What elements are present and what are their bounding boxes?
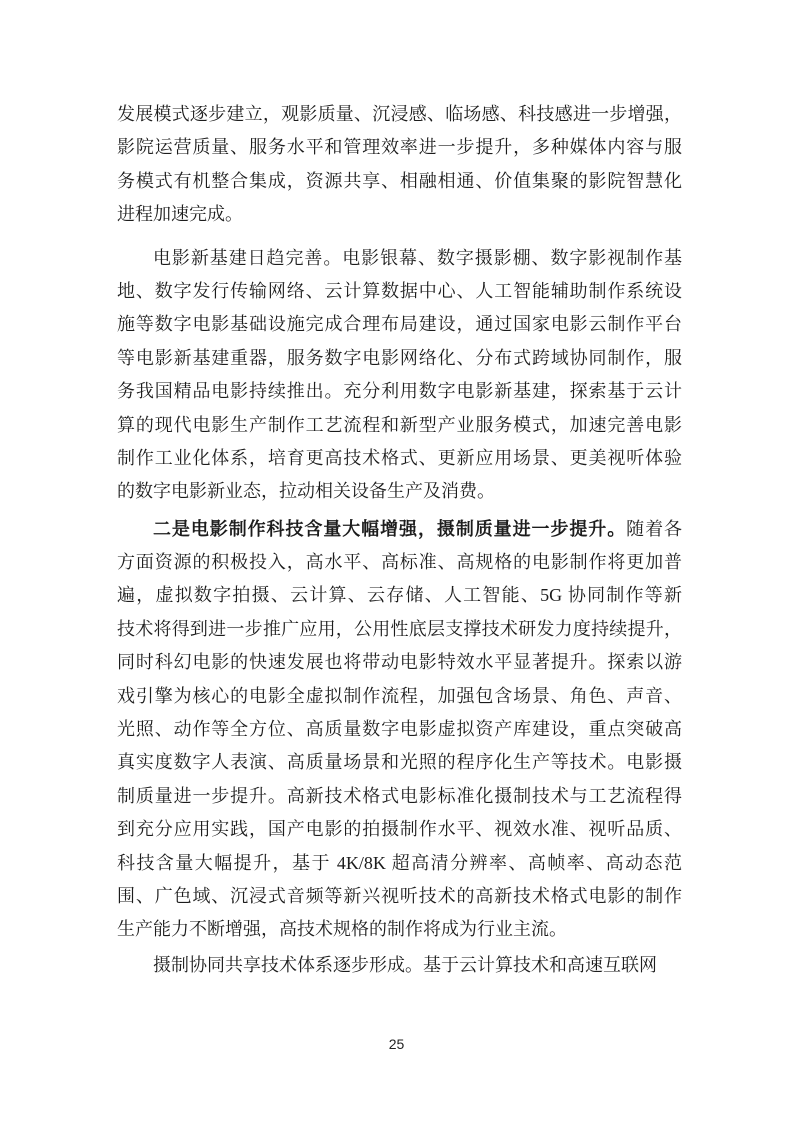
text-line: 进程加速完成。 <box>117 198 682 231</box>
body-text: 真实度数字人表演、高质量场景和光照的程序化生产等技术。电影摄 <box>117 752 682 772</box>
text-line: 算的现代电影生产制作工艺流程和新型产业服务模式，加速完善电影 <box>117 409 682 442</box>
page-number: 25 <box>0 1036 793 1052</box>
body-text: 的数字电影新业态，拉动相关设备生产及消费。 <box>117 481 495 501</box>
body-text: 发展模式逐步建立，观影质量、沉浸感、临场感、科技感进一步增强， <box>117 104 682 124</box>
text-line: 科技含量大幅提升，基于 4K/8K 超高清分辨率、高帧率、高动态范 <box>117 847 682 880</box>
text-line: 发展模式逐步建立，观影质量、沉浸感、临场感、科技感进一步增强， <box>117 98 682 131</box>
paragraph: 电影新基建日趋完善。电影银幕、数字摄影棚、数字影视制作基地、数字发行传输网络、云… <box>117 242 682 509</box>
text-line: 地、数字发行传输网络、云计算数据中心、人工智能辅助制作系统设 <box>117 275 682 308</box>
body-text: 地、数字发行传输网络、云计算数据中心、人工智能辅助制作系统设 <box>117 281 682 301</box>
text-line: 等电影新基建重器，服务数字电影网络化、分布式跨域协同制作，服 <box>117 342 682 375</box>
paragraph: 发展模式逐步建立，观影质量、沉浸感、临场感、科技感进一步增强，影院运营质量、服务… <box>117 98 682 232</box>
body-text: 戏引擎为核心的电影全虚拟制作流程，加强包含场景、角色、声音、 <box>117 686 682 706</box>
body-text: 施等数字电影基础设施完成合理布局建设，通过国家电影云制作平台 <box>117 314 682 334</box>
bold-lead-text: 二是电影制作科技含量大幅增强，摄制质量进一步提升。 <box>153 519 626 539</box>
text-line: 真实度数字人表演、高质量场景和光照的程序化生产等技术。电影摄 <box>117 746 682 779</box>
body-text: 务模式有机整合集成，资源共享、相融相通、价值集聚的影院智慧化 <box>117 171 682 191</box>
text-line: 施等数字电影基础设施完成合理布局建设，通过国家电影云制作平台 <box>117 308 682 341</box>
text-line: 技术将得到进一步推广应用，公用性底层支撑技术研发力度持续提升， <box>117 613 682 646</box>
text-line: 的数字电影新业态，拉动相关设备生产及消费。 <box>117 475 682 508</box>
text-line: 生产能力不断增强，高技术规格的制作将成为行业主流。 <box>117 913 682 946</box>
text-line: 电影新基建日趋完善。电影银幕、数字摄影棚、数字影视制作基 <box>117 242 682 275</box>
text-line: 务我国精品电影持续推出。充分利用数字电影新基建，探索基于云计 <box>117 375 682 408</box>
paragraph: 二是电影制作科技含量大幅增强，摄制质量进一步提升。随着各方面资源的积极投入，高水… <box>117 513 682 947</box>
body-text: 电影新基建日趋完善。电影银幕、数字摄影棚、数字影视制作基 <box>153 248 682 268</box>
body-text: 到充分应用实践，国产电影的拍摄制作水平、视效水准、视听品质、 <box>117 819 682 839</box>
body-text: 同时科幻电影的快速发展也将带动电影特效水平显著提升。探索以游 <box>117 652 682 672</box>
text-line: 二是电影制作科技含量大幅增强，摄制质量进一步提升。随着各 <box>117 513 682 546</box>
text-line: 摄制协同共享技术体系逐步形成。基于云计算技术和高速互联网 <box>117 949 682 982</box>
text-line: 遍，虚拟数字拍摄、云计算、云存储、人工智能、5G 协同制作等新 <box>117 579 682 612</box>
body-text: 科技含量大幅提升，基于 4K/8K 超高清分辨率、高帧率、高动态范 <box>117 853 682 873</box>
body-text: 生产能力不断增强，高技术规格的制作将成为行业主流。 <box>117 919 567 939</box>
body-text: 制质量进一步提升。高新技术格式电影标准化摄制技术与工艺流程得 <box>117 786 682 806</box>
text-line: 方面资源的积极投入，高水平、高标准、高规格的电影制作将更加普 <box>117 546 682 579</box>
text-line: 光照、动作等全方位、高质量数字电影虚拟资产库建设，重点突破高 <box>117 713 682 746</box>
text-line: 同时科幻电影的快速发展也将带动电影特效水平显著提升。探索以游 <box>117 646 682 679</box>
body-text: 进程加速完成。 <box>117 204 243 224</box>
text-line: 制作工业化体系，培育更高技术格式、更新应用场景、更美视听体验 <box>117 442 682 475</box>
paragraph: 摄制协同共享技术体系逐步形成。基于云计算技术和高速互联网 <box>117 949 682 982</box>
body-text: 随着各 <box>626 519 682 539</box>
body-text: 技术将得到进一步推广应用，公用性底层支撑技术研发力度持续提升， <box>117 619 682 639</box>
body-text: 方面资源的积极投入，高水平、高标准、高规格的电影制作将更加普 <box>117 552 682 572</box>
body-text: 等电影新基建重器，服务数字电影网络化、分布式跨域协同制作，服 <box>117 348 682 368</box>
document-body: 发展模式逐步建立，观影质量、沉浸感、临场感、科技感进一步增强，影院运营质量、服务… <box>117 98 682 982</box>
body-text: 光照、动作等全方位、高质量数字电影虚拟资产库建设，重点突破高 <box>117 719 682 739</box>
body-text: 算的现代电影生产制作工艺流程和新型产业服务模式，加速完善电影 <box>117 415 682 435</box>
body-text: 影院运营质量、服务水平和管理效率进一步提升，多种媒体内容与服 <box>117 137 682 157</box>
body-text: 遍，虚拟数字拍摄、云计算、云存储、人工智能、5G 协同制作等新 <box>117 585 682 605</box>
text-line: 务模式有机整合集成，资源共享、相融相通、价值集聚的影院智慧化 <box>117 165 682 198</box>
body-text: 务我国精品电影持续推出。充分利用数字电影新基建，探索基于云计 <box>117 381 682 401</box>
body-text: 围、广色域、沉浸式音频等新兴视听技术的高新技术格式电影的制作 <box>117 886 682 906</box>
text-line: 戏引擎为核心的电影全虚拟制作流程，加强包含场景、角色、声音、 <box>117 680 682 713</box>
text-line: 影院运营质量、服务水平和管理效率进一步提升，多种媒体内容与服 <box>117 131 682 164</box>
document-page: 发展模式逐步建立，观影质量、沉浸感、临场感、科技感进一步增强，影院运营质量、服务… <box>0 0 793 1122</box>
body-text: 制作工业化体系，培育更高技术格式、更新应用场景、更美视听体验 <box>117 448 682 468</box>
text-line: 到充分应用实践，国产电影的拍摄制作水平、视效水准、视听品质、 <box>117 813 682 846</box>
text-line: 围、广色域、沉浸式音频等新兴视听技术的高新技术格式电影的制作 <box>117 880 682 913</box>
body-text: 摄制协同共享技术体系逐步形成。基于云计算技术和高速互联网 <box>153 955 657 975</box>
text-line: 制质量进一步提升。高新技术格式电影标准化摄制技术与工艺流程得 <box>117 780 682 813</box>
